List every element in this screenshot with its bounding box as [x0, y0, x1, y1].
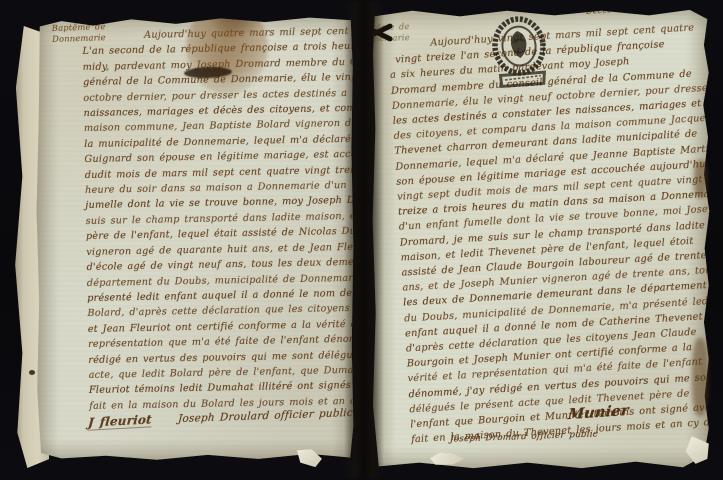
ink-stamp-icon: [486, 13, 555, 96]
left-margin-note: Baptême deDonnemarie: [52, 21, 106, 45]
margin-note-line: Donnemarie: [52, 32, 106, 45]
edge-smudge: [692, 338, 708, 416]
register-right-page: Baptême deDonnemarie Décès Aujourd'huy v…: [372, 8, 710, 470]
ink-stain: [186, 2, 268, 94]
book-gutter: [344, 2, 384, 478]
right-page-text: Aujourd'huy vingt sept mars mil sept cen…: [388, 19, 723, 447]
interlinear-annotation: Décès: [586, 5, 612, 16]
register-left-page: Baptême deDonnemarie Aujourd'huy quatre …: [36, 14, 354, 462]
witness-signature: J fleuriot: [87, 412, 152, 430]
manuscript-scan: Baptême deDonnemarie Aujourd'huy quatre …: [0, 0, 723, 480]
ink-spot: [29, 370, 35, 375]
edge-smudge: [694, 160, 707, 198]
